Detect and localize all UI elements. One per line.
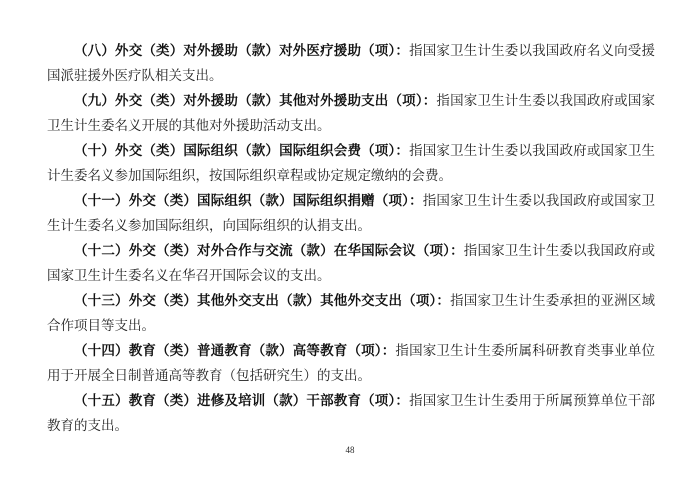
clause-heading: （十二）外交（类）对外合作与交流（款）在华国际会议（项）：	[74, 243, 464, 258]
page-number: 48	[0, 445, 700, 455]
clause-heading: （十五）教育（类）进修及培训（款）干部教育（项）：	[74, 393, 409, 408]
clause-heading: （十三）外交（类）其他外交支出（款）其他外交支出（项）：	[74, 293, 450, 308]
clause-paragraph: （十五）教育（类）进修及培训（款）干部教育（项）：指国家卫生计生委用于所属预算单…	[47, 388, 655, 438]
clause-heading: （十四）教育（类）普通教育（款）高等教育（项）：	[74, 343, 395, 358]
clause-heading: （九）外交（类）对外援助（款）其他对外援助支出（项）：	[74, 93, 436, 108]
clause-heading: （十一）外交（类）国际组织（款）国际组织捐赠（项）：	[74, 193, 423, 208]
clause-paragraph: （九）外交（类）对外援助（款）其他对外援助支出（项）：指国家卫生计生委以我国政府…	[47, 88, 655, 138]
clause-paragraph: （十三）外交（类）其他外交支出（款）其他外交支出（项）：指国家卫生计生委承担的亚…	[47, 288, 655, 338]
clause-heading: （八）外交（类）对外援助（款）对外医疗援助（项）：	[74, 43, 409, 58]
clause-paragraph: （十一）外交（类）国际组织（款）国际组织捐赠（项）：指国家卫生计生委以我国政府或…	[47, 188, 655, 238]
clause-paragraph: （十二）外交（类）对外合作与交流（款）在华国际会议（项）：指国家卫生计生委以我国…	[47, 238, 655, 288]
clause-heading: （十）外交（类）国际组织（款）国际组织会费（项）：	[74, 143, 409, 158]
document-page: （八）外交（类）对外援助（款）对外医疗援助（项）：指国家卫生计生委以我国政府名义…	[0, 0, 700, 481]
clause-paragraph: （八）外交（类）对外援助（款）对外医疗援助（项）：指国家卫生计生委以我国政府名义…	[47, 38, 655, 88]
document-body: （八）外交（类）对外援助（款）对外医疗援助（项）：指国家卫生计生委以我国政府名义…	[47, 38, 655, 438]
clause-paragraph: （十四）教育（类）普通教育（款）高等教育（项）：指国家卫生计生委所属科研教育类事…	[47, 338, 655, 388]
clause-paragraph: （十）外交（类）国际组织（款）国际组织会费（项）：指国家卫生计生委以我国政府或国…	[47, 138, 655, 188]
